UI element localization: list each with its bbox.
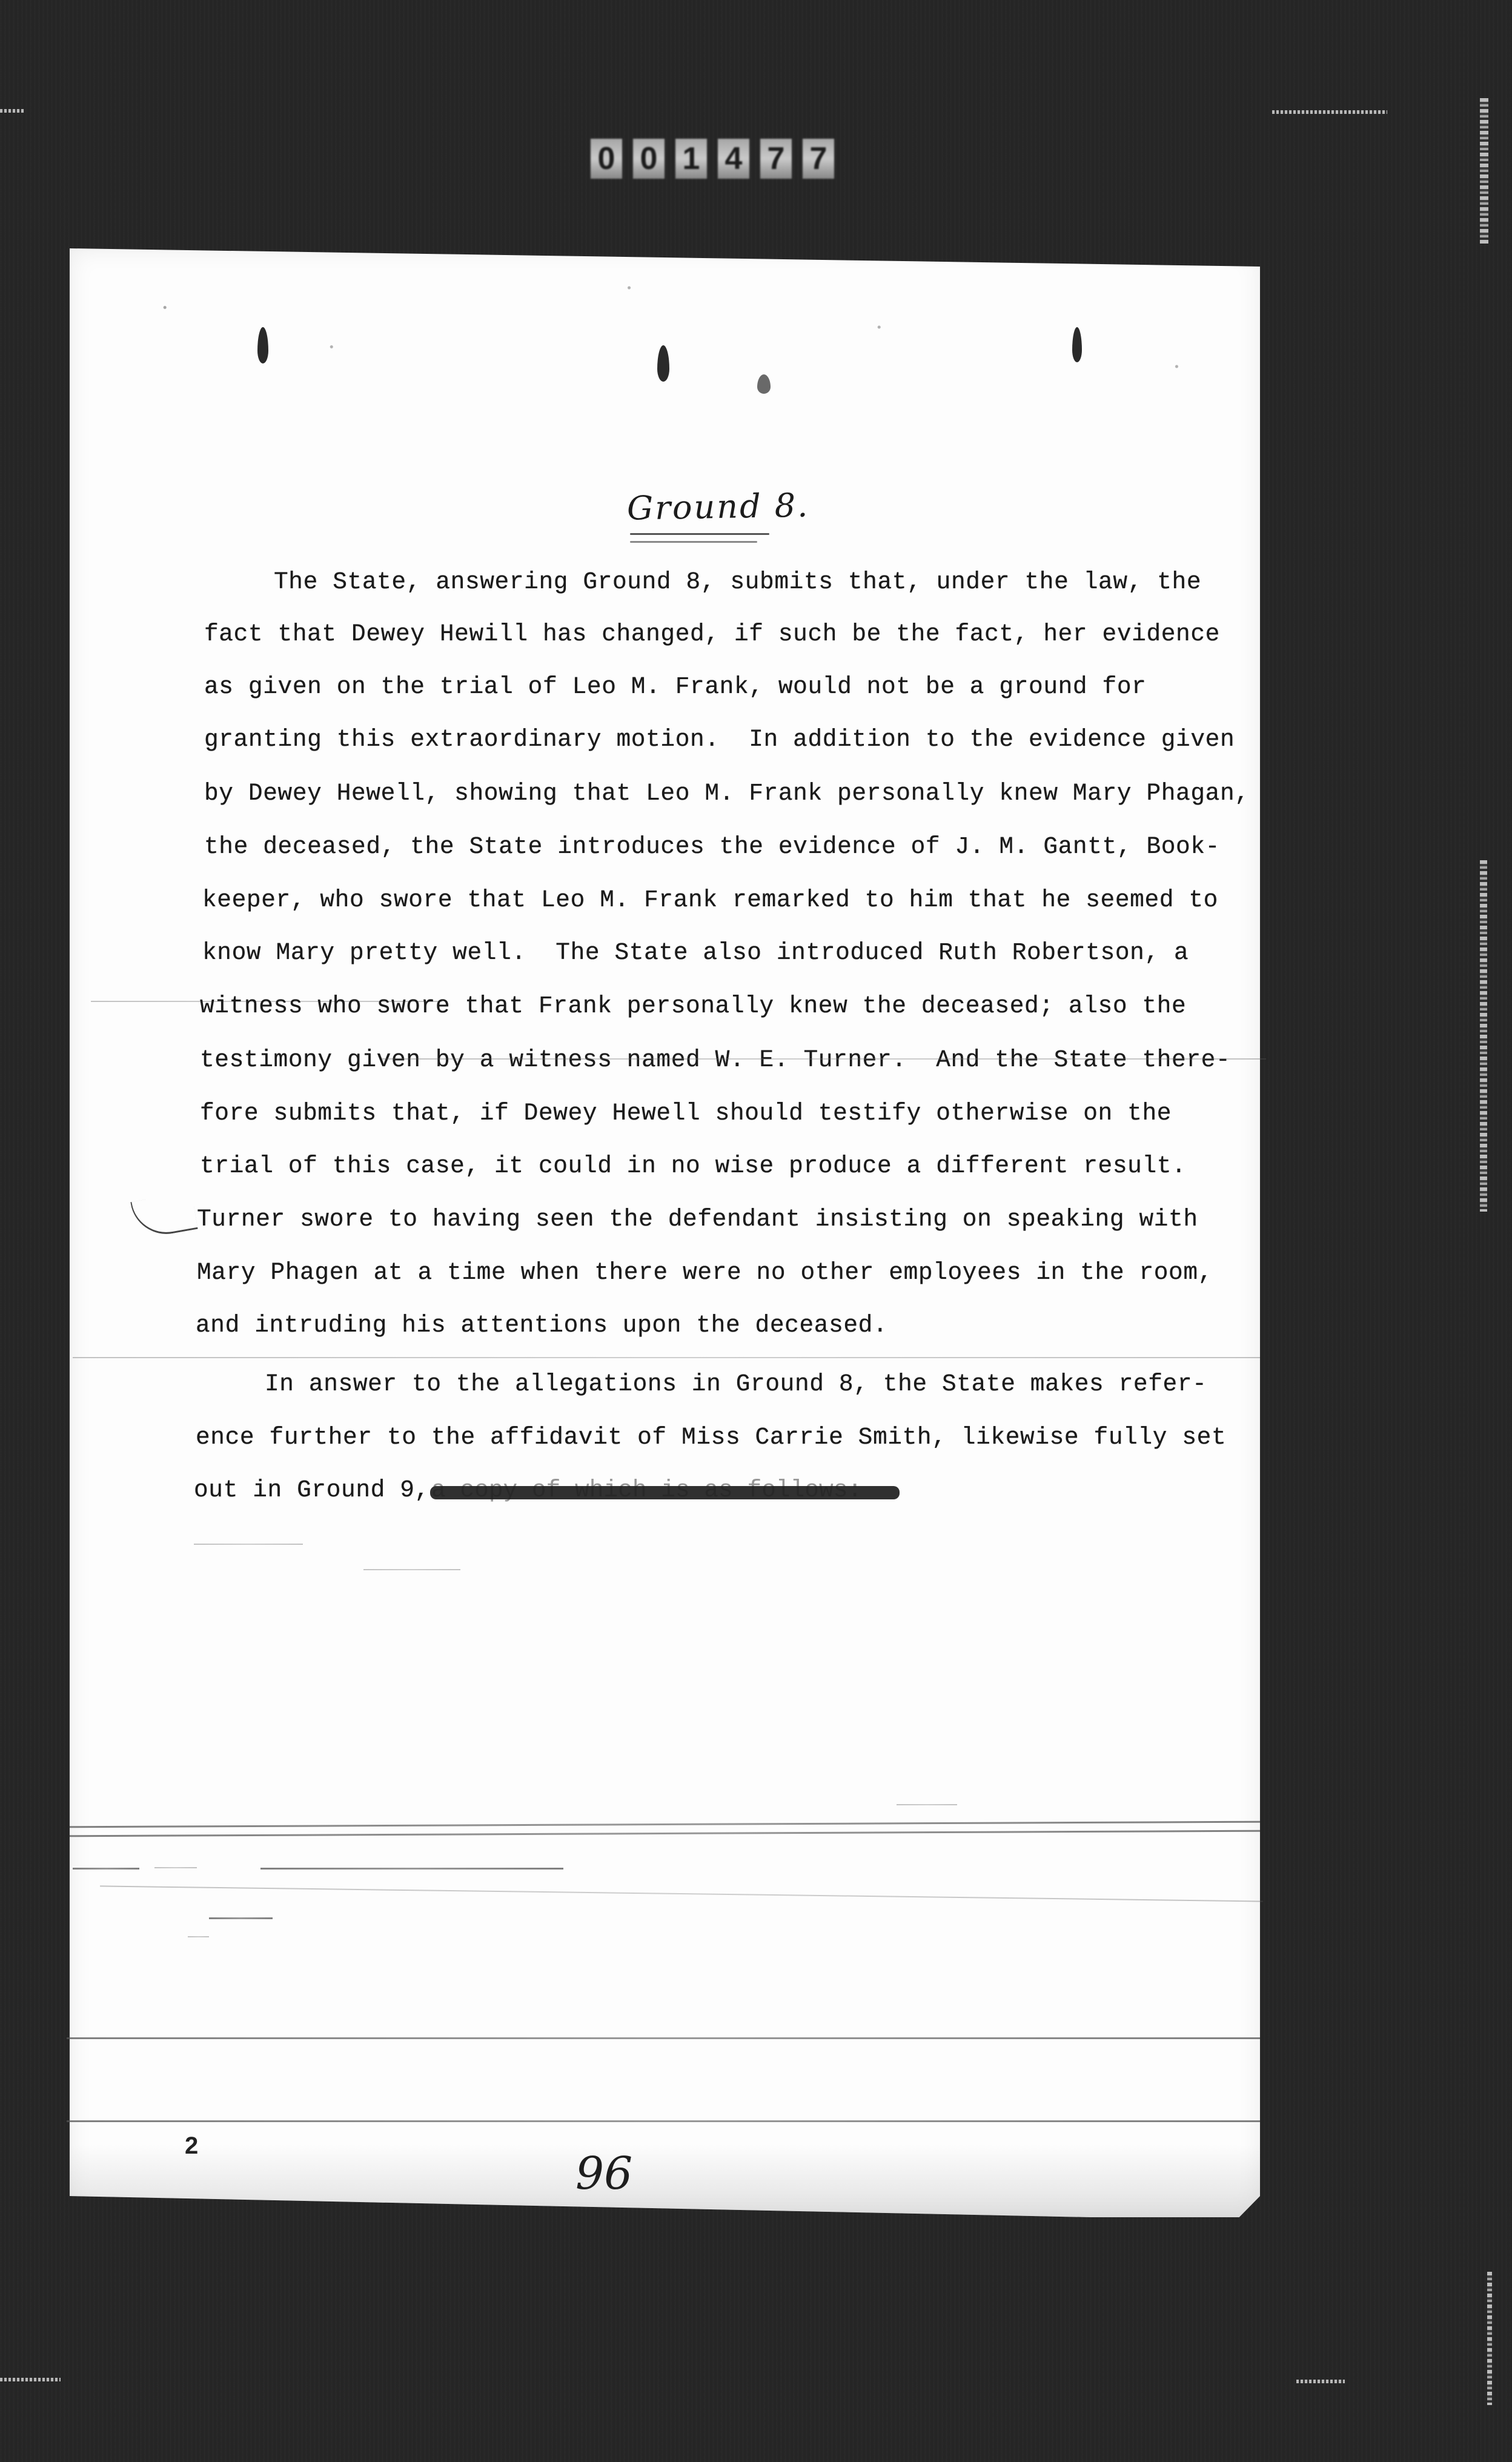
ruled-line [73,1868,139,1870]
film-frame-number: 0 0 1 4 7 7 [591,134,845,183]
film-edge-tick-left [0,109,24,113]
text-line: In answer to the allegations in Ground 8… [265,1370,1207,1398]
text-line: granting this extraordinary motion. In a… [204,726,1235,753]
typed-page-number: 2 [185,2132,198,2160]
film-edge-tick-bottom-right [1296,2380,1345,2383]
ruled-line [67,2120,1260,2122]
film-edge-strip-top-right [1480,98,1488,244]
paper-speckle [70,248,1260,2217]
frame-digit: 1 [675,139,707,179]
text-line: The State, answering Ground 8, submits t… [274,568,1201,596]
text-line: trial of this case, it could in no wise … [200,1152,1186,1180]
heading-underline [630,533,769,535]
handwritten-folio-number: 96 [575,2148,632,2200]
ruled-line [260,1868,563,1870]
frame-digit: 7 [760,139,792,179]
film-edge-strip-bottom-right [1487,2272,1492,2405]
text-line: fact that Dewey Hewill has changed, if s… [204,620,1220,648]
frame-digit: 4 [718,139,749,179]
text-line: Turner swore to having seen the defendan… [197,1206,1198,1233]
text-line: the deceased, the State introduces the e… [204,833,1220,860]
text-line: by Dewey Hewell, showing that Leo M. Fra… [204,780,1250,807]
ruled-line [897,1804,957,1805]
text-line: ence further to the affidavit of Miss Ca… [196,1424,1226,1451]
film-edge-tick-right [1272,110,1387,114]
ruled-line [382,1058,1266,1060]
text-line: fore submits that, if Dewey Hewell shoul… [200,1100,1172,1127]
film-edge-tick-bottom-left [0,2378,61,2381]
text-line: keeper, who swore that Leo M. Frank rema… [202,886,1218,914]
ruled-line [363,1569,460,1570]
film-edge-strip-mid-right [1480,860,1487,1212]
frame-digit: 7 [803,139,834,179]
strikethrough-mark [430,1486,900,1499]
text-line: know Mary pretty well. The State also in… [202,939,1189,966]
ruled-line [194,1544,303,1545]
text-line: Mary Phagen at a time when there were no… [197,1259,1213,1286]
document-page [70,248,1260,2217]
text-line: and intruding his attentions upon the de… [196,1312,887,1339]
text-line: as given on the trial of Leo M. Frank, w… [204,673,1146,700]
text-line: out in Ground 9, [194,1476,429,1504]
ruled-line [73,1357,1260,1358]
handwritten-heading: Ground 8. [626,486,809,527]
ruled-line [209,1917,273,1919]
heading-underline [630,541,757,543]
text-line: witness who swore that Frank personally … [200,992,1186,1020]
ruled-line [67,2037,1260,2039]
text-line: testimony given by a witness named W. E.… [200,1046,1230,1073]
frame-digit: 0 [633,139,665,179]
ruled-line [188,1936,209,1937]
frame-digit: 0 [591,139,622,179]
ruled-line [154,1867,197,1868]
